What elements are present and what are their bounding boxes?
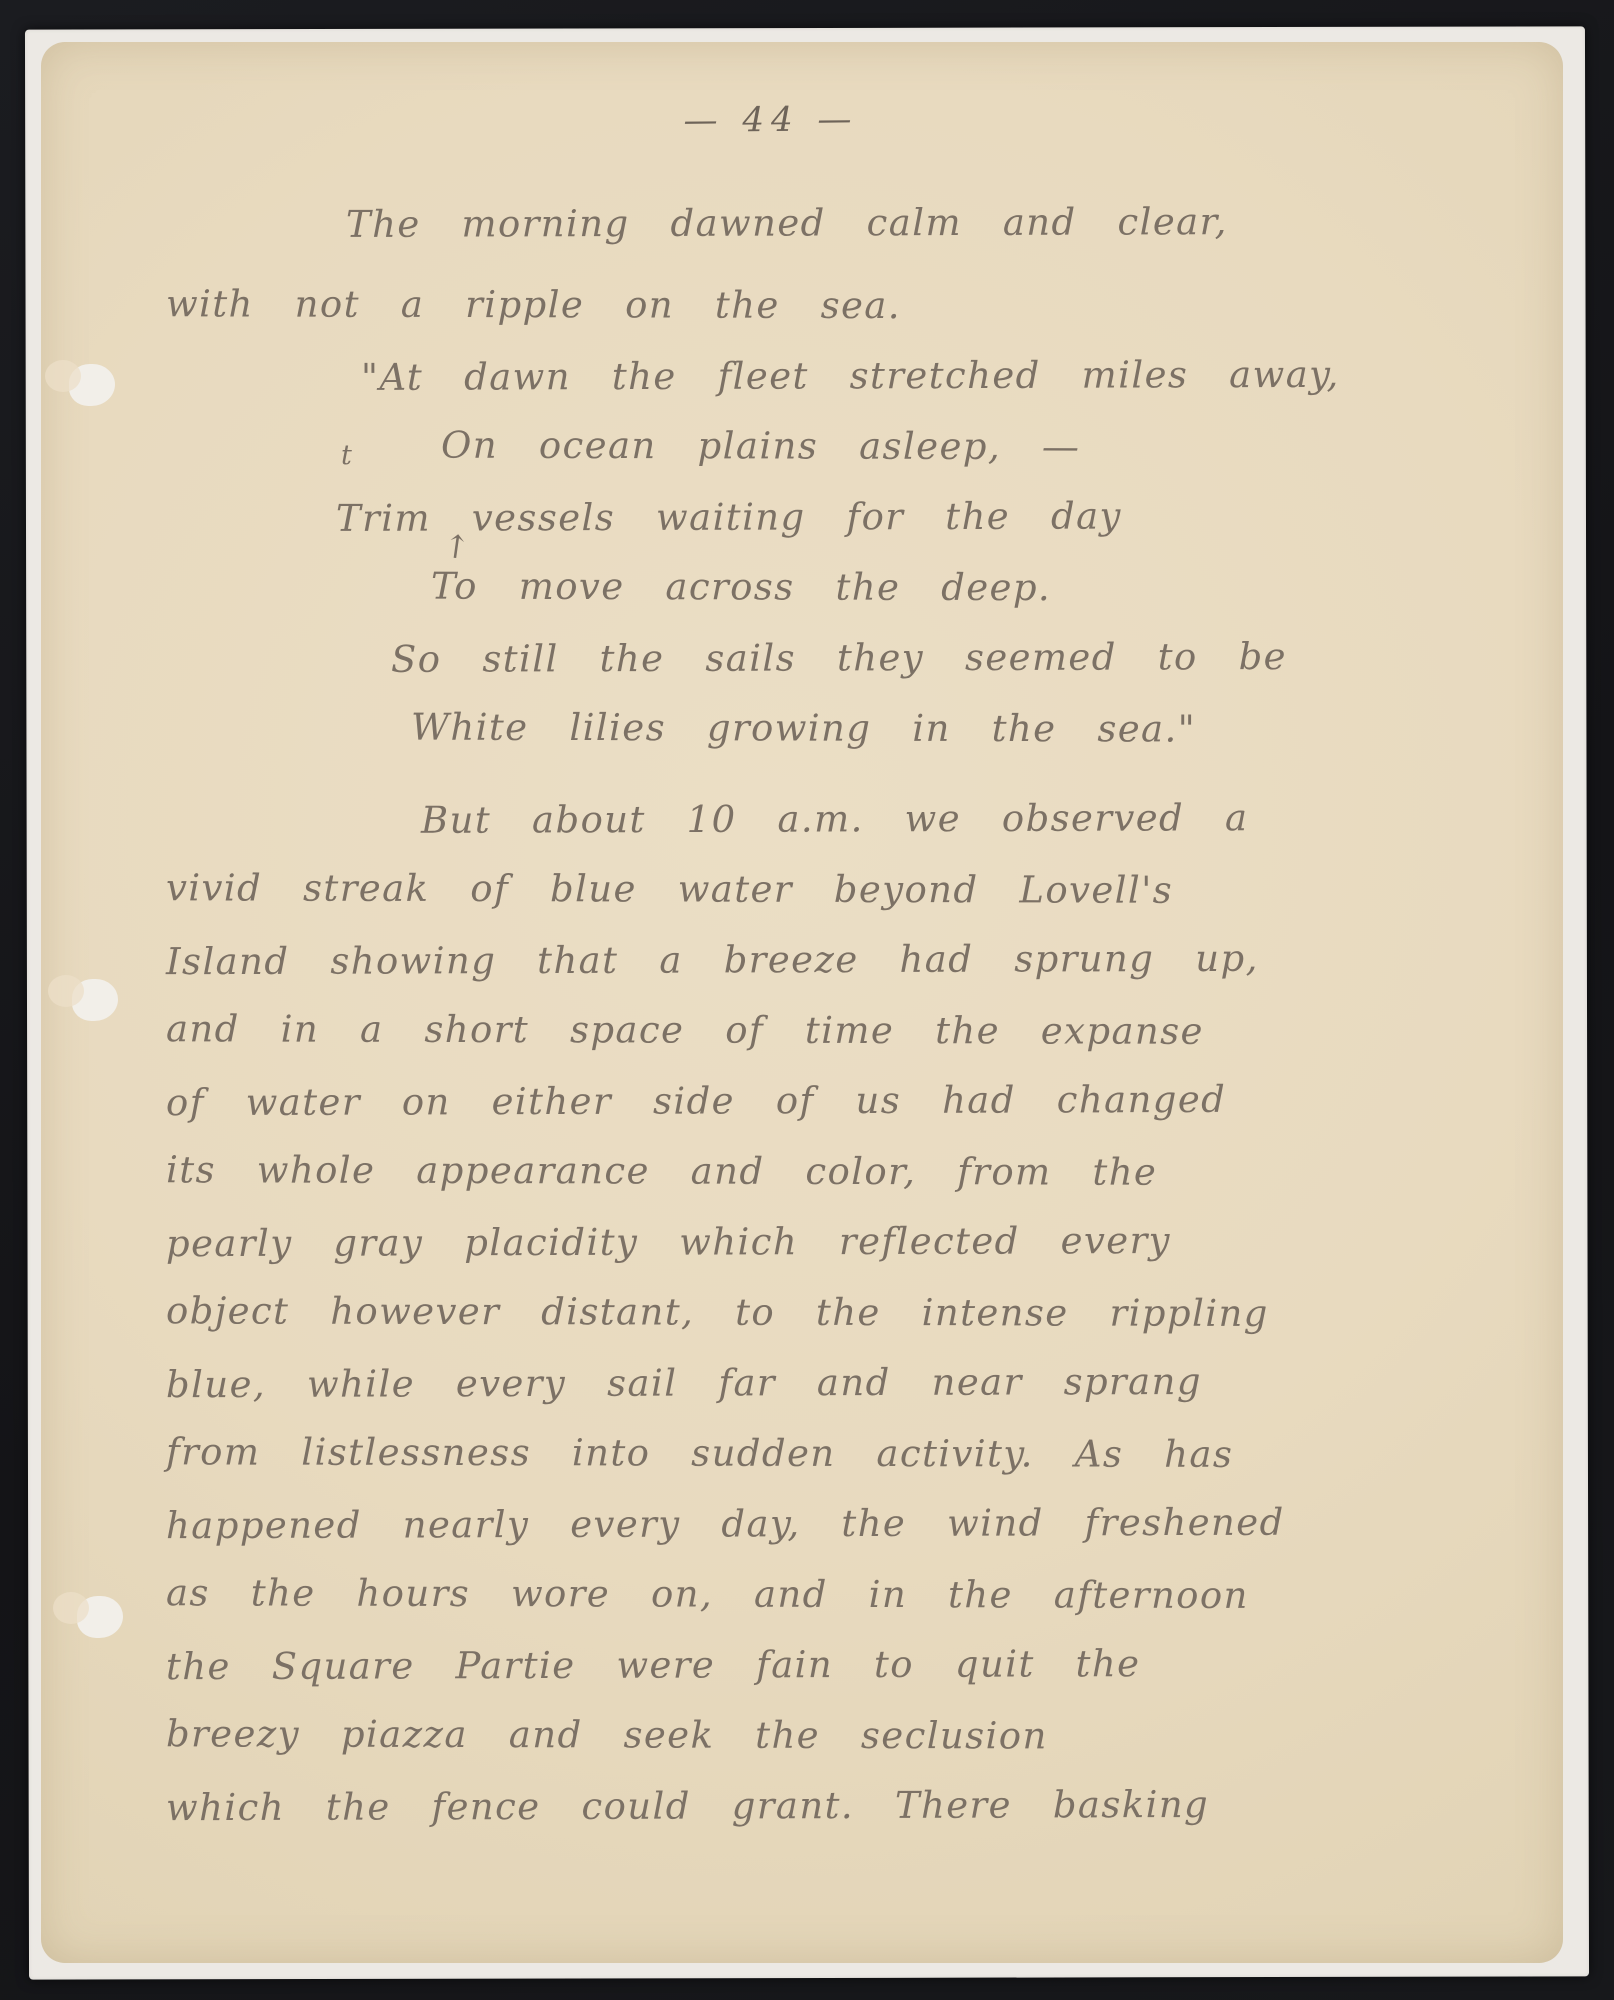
insertion-caret-icon: ↑ (440, 526, 472, 567)
manuscript-line: object however distant, to the intense r… (166, 1276, 1556, 1350)
manuscript-line: White lilies growing in the sea." (411, 692, 1556, 765)
manuscript-page: — 44 — The morning dawned calm and clear… (41, 42, 1563, 1963)
insertion-mark-t: t (341, 440, 352, 471)
manuscript-line: blue, while every sail far and near spra… (166, 1346, 1556, 1421)
manuscript-line: its whole appearance and color, from the (166, 1135, 1556, 1209)
page-number: — 44 — (641, 99, 901, 141)
punch-hole-bottom (77, 1596, 123, 1638)
manuscript-line: happened nearly every day, the wind fres… (166, 1487, 1556, 1562)
manuscript-line: To move across the deep. (431, 551, 1556, 624)
punch-hole-middle (72, 979, 118, 1021)
manuscript-line: which the fence could grant. There baski… (166, 1769, 1556, 1844)
manuscript-line: "At dawn the fleet stretched miles away, (361, 339, 1556, 413)
manuscript-line: So still the sails they seemed to be (391, 621, 1556, 695)
manuscript-line: On ocean plains asleep, — (441, 410, 1556, 483)
manuscript-line: of water on either side of us had change… (166, 1064, 1556, 1139)
manuscript-line: from listlessness into sudden activity. … (166, 1417, 1556, 1491)
manuscript-line: Trim vessels waiting for the day (336, 480, 1556, 554)
manuscript-line: pearly gray placidity which reflected ev… (166, 1205, 1556, 1280)
manuscript-line: Island showing that a breeze had sprung … (166, 923, 1556, 998)
manuscript-line: breezy piazza and seek the seclusion (166, 1699, 1556, 1773)
manuscript-line: vivid streak of blue water beyond Lovell… (166, 853, 1556, 927)
manuscript-line: as the hours wore on, and in the afterno… (166, 1558, 1556, 1632)
manuscript-line: The morning dawned calm and clear, (346, 186, 1556, 260)
manuscript-line: But about 10 a.m. we observed a (421, 782, 1556, 856)
manuscript-text-block: The morning dawned calm and clear,with n… (166, 188, 1556, 1842)
manuscript-line: and in a short space of time the expanse (166, 994, 1556, 1068)
punch-hole-top (69, 364, 115, 406)
manuscript-line: the Square Partie were fain to quit the (166, 1628, 1556, 1703)
manuscript-line: with not a ripple on the sea. (166, 269, 1556, 343)
